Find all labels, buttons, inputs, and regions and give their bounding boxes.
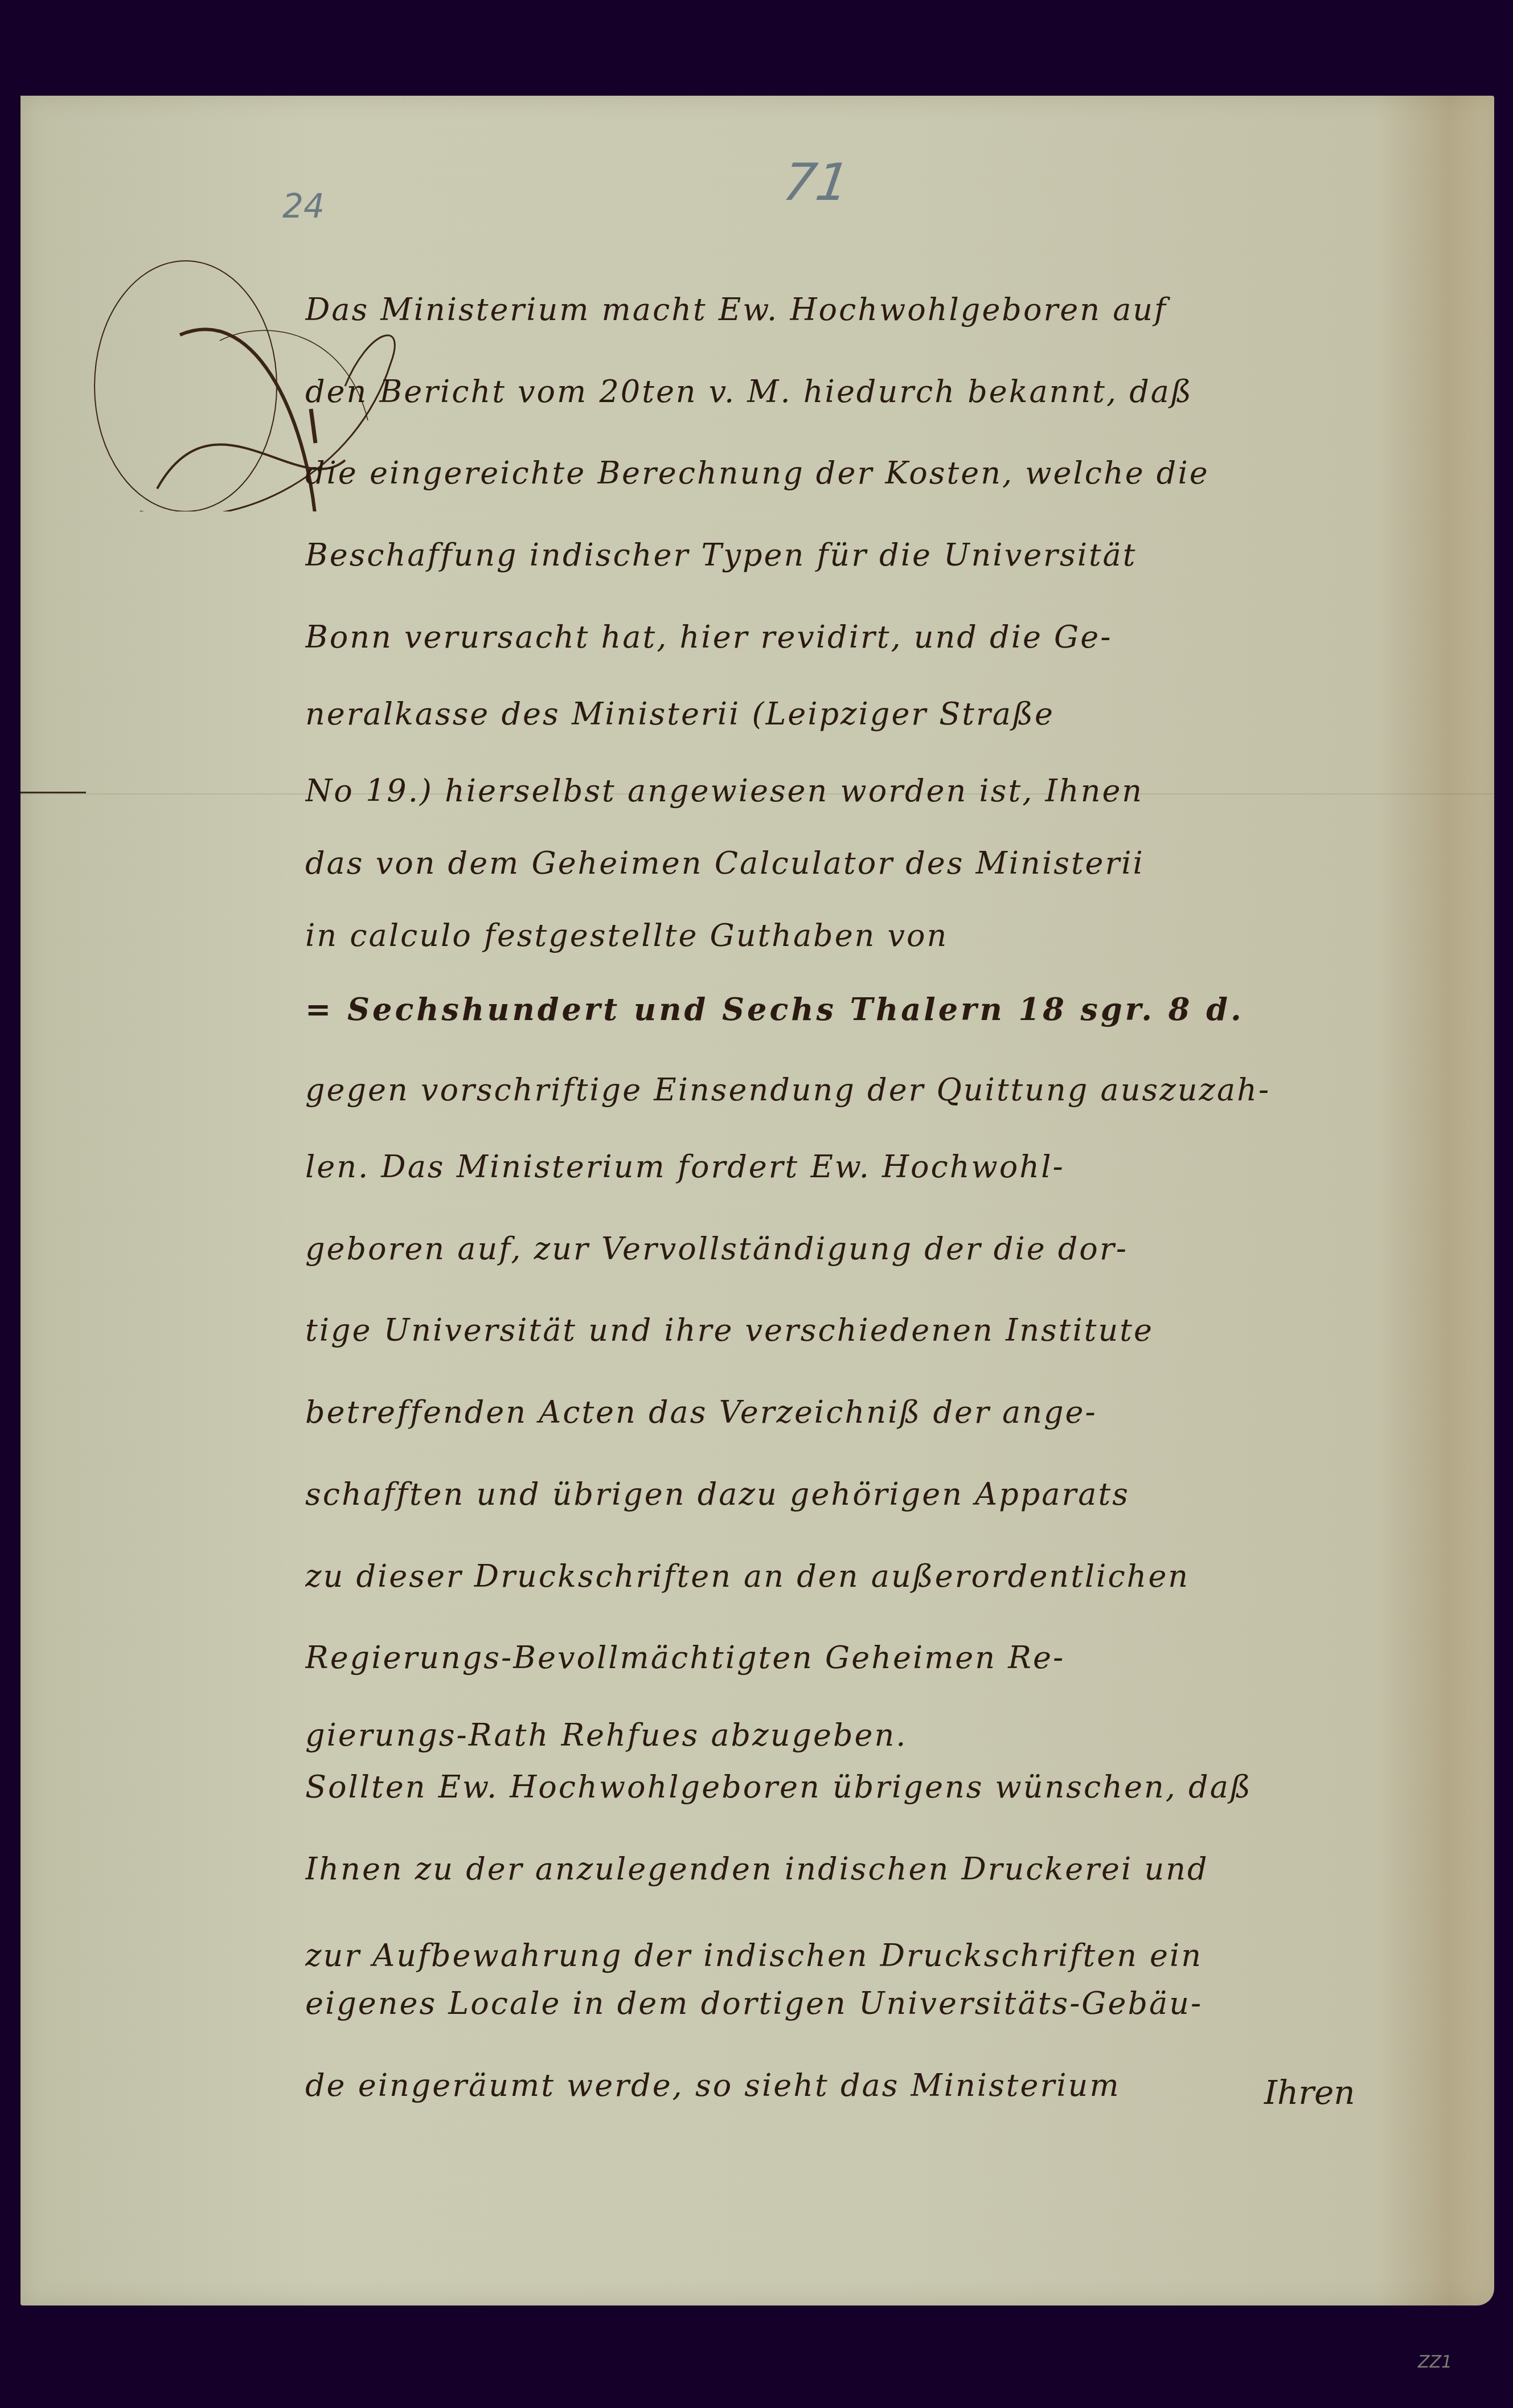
folio-number: 71	[780, 153, 853, 212]
text-line: Sollten Ew. Hochwohlgeboren übrigens wün…	[305, 1769, 1495, 1805]
text-line: Ihnen zu der anzulegenden indischen Druc…	[305, 1851, 1495, 1887]
text-line: geboren auf, zur Vervollständigung der d…	[305, 1231, 1495, 1267]
text-line: Regierungs-Bevollmächtigten Geheimen Re-	[305, 1640, 1495, 1676]
text-line: die eingereichte Berechnung der Kosten, …	[305, 455, 1495, 491]
archive-number: ZZ1	[1418, 2352, 1452, 2372]
text-line: in calculo festgestellte Guthaben von	[305, 918, 1495, 953]
amount-line: = Sechshundert und Sechs Thalern 18 sgr.…	[305, 991, 1495, 1027]
manuscript-page: 71 24 Das Ministerium macht Ew. Hochwohl…	[20, 96, 1494, 2305]
text-line: Beschaffung indischer Typen für die Univ…	[305, 537, 1495, 573]
text-line: eigenes Locale in dem dortigen Universit…	[305, 1985, 1495, 2021]
text-line: schafften und übrigen dazu gehörigen App…	[305, 1476, 1495, 1512]
text-line: Bonn verursacht hat, hier revidirt, und …	[305, 619, 1495, 655]
text-line: No 19.) hierselbst angewiesen worden ist…	[305, 773, 1495, 809]
text-line: tige Universität und ihre verschiedenen …	[305, 1312, 1495, 1348]
text-line: zur Aufbewahrung der indischen Druckschr…	[305, 1938, 1495, 1973]
text-line: gegen vorschriftige Einsendung der Quitt…	[305, 1072, 1495, 1108]
text-line: das von dem Geheimen Calculator des Mini…	[305, 845, 1495, 881]
text-line: zu dieser Druckschriften an den außerord…	[305, 1558, 1495, 1594]
text-line: den Bericht vom 20ten v. M. hiedurch bek…	[305, 374, 1495, 409]
text-line: gierungs-Rath Rehfues abzugeben.	[305, 1717, 1495, 1753]
text-line: len. Das Ministerium fordert Ew. Hochwoh…	[305, 1149, 1495, 1185]
torn-edge	[20, 792, 86, 797]
text-line: neralkasse des Ministerii (Leipziger Str…	[305, 696, 1495, 732]
catchword: Ihren	[1264, 2073, 1355, 2112]
text-line: Das Ministerium macht Ew. Hochwohlgebore…	[305, 292, 1495, 327]
text-line: betreffenden Acten das Verzeichniß der a…	[305, 1394, 1495, 1430]
